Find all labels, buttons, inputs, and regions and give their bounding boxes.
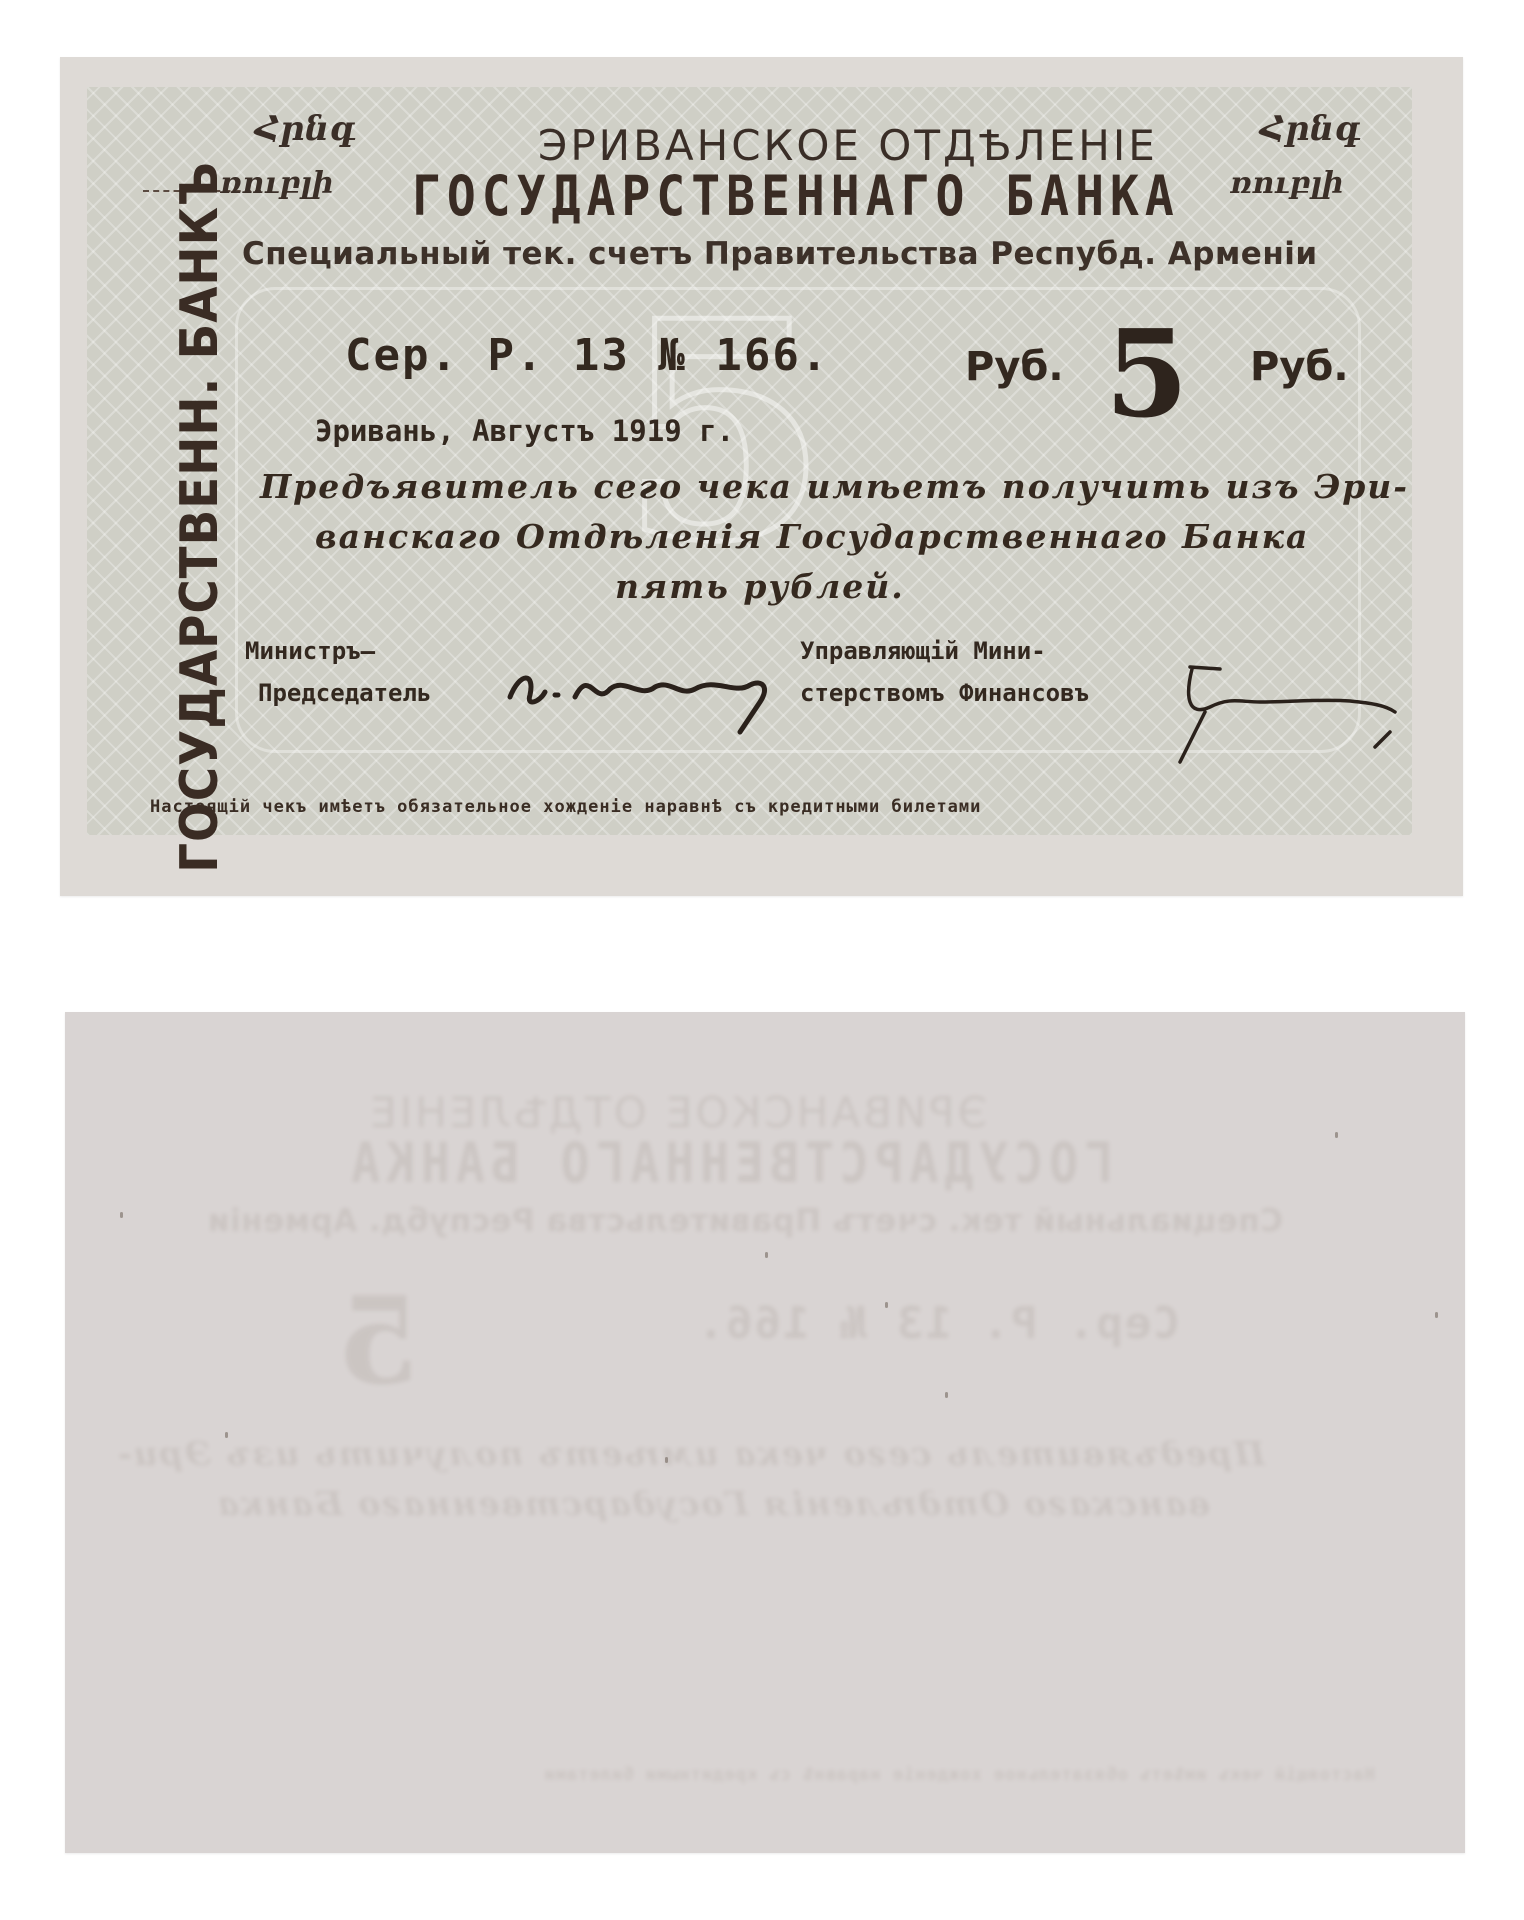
ghost-header-3: Специальный тек. счетъ Правительства Рес… <box>207 1206 1283 1237</box>
armenian-text-top-right: Հրնգ <box>1260 112 1361 146</box>
armenian-text-mid-left: ռուբլի <box>220 169 334 199</box>
show-through-print: ЭРИВАНСКОЕ ОТДѢЛЕНIЕ ГОСУДАРСТВЕННАГО БА… <box>65 1012 1465 1853</box>
signature-right <box>1160 657 1420 767</box>
armenian-text-top-left: Հրնգ <box>255 112 356 146</box>
body-text-line-1: Предъявитель сего чека имѣетъ получить и… <box>260 470 1409 503</box>
paper-speck <box>225 1432 228 1438</box>
body-text-line-3: пять рублей. <box>615 570 905 603</box>
signature-left-title-2: Председатель <box>258 681 431 705</box>
header-account-line: Специальный тек. счетъ Правительства Рес… <box>242 239 1318 270</box>
legal-tender-footer: Настоящiй чекъ имѣетъ обязательное хожде… <box>150 799 981 816</box>
header-bank-title: ГОСУДАРСТВЕННАГО БАНКА <box>412 169 1180 224</box>
ghost-footer: Настоящiй чекъ имѣетъ обязательное хожде… <box>544 1767 1375 1784</box>
denomination-numeral: 5 <box>1105 315 1189 435</box>
banknote-back: ЭРИВАНСКОЕ ОТДѢЛЕНIЕ ГОСУДАРСТВЕННАГО БА… <box>65 1012 1465 1853</box>
ghost-body-1: Предъявитель сего чека имѣетъ получить и… <box>116 1437 1265 1470</box>
signature-left-title-1: Министръ— <box>245 639 375 663</box>
signature-right-title-1: Управляющiй Мини- <box>800 639 1046 663</box>
paper-speck <box>945 1392 948 1398</box>
paper-speck <box>765 1252 768 1258</box>
currency-label-right: Руб. <box>1250 347 1349 387</box>
signature-left <box>500 657 800 737</box>
ghost-header-1: ЭРИВАНСКОЕ ОТДѢЛЕНIЕ <box>367 1092 987 1134</box>
paper-speck <box>1435 1312 1438 1318</box>
ghost-header-2: ГОСУДАРСТВЕННАГО БАНКА <box>345 1136 1113 1191</box>
header-branch-title: ЭРИВАНСКОЕ ОТДѢЛЕНIЕ <box>538 125 1158 167</box>
vertical-bank-title: ГОСУДАРСТВЕНН. БАНКЪ <box>155 217 245 817</box>
armenian-text-mid-right: ռուբլի <box>1230 169 1344 199</box>
ghost-denomination: 5 <box>337 1282 421 1402</box>
currency-label-left: Руб. <box>965 347 1064 387</box>
paper-speck <box>665 1457 668 1463</box>
ghost-body-2: ванскаго Отдѣленiя Государственнаго Банк… <box>216 1487 1210 1520</box>
paper-speck <box>885 1302 888 1308</box>
signature-right-title-2: стерствомъ Финансовъ <box>800 681 1089 705</box>
banknote-front: 5 ГОСУДАРСТВЕНН. БАНКЪ Հրնգ Հրնգ ռուբլի … <box>60 57 1463 896</box>
ghost-serial: Сер. Р. 13 № 166. <box>696 1302 1180 1346</box>
body-text-line-2: ванскаго Отдѣленiя Государственнаго Банк… <box>315 520 1309 553</box>
paper-speck <box>1335 1132 1338 1138</box>
paper-speck <box>120 1212 123 1218</box>
vertical-title-text: ГОСУДАРСТВЕНН. БАНКЪ <box>170 161 230 873</box>
place-and-date: Эривань, Августъ 1919 г. <box>315 417 734 446</box>
serial-number: Сер. Р. 13 № 166. <box>345 334 829 378</box>
